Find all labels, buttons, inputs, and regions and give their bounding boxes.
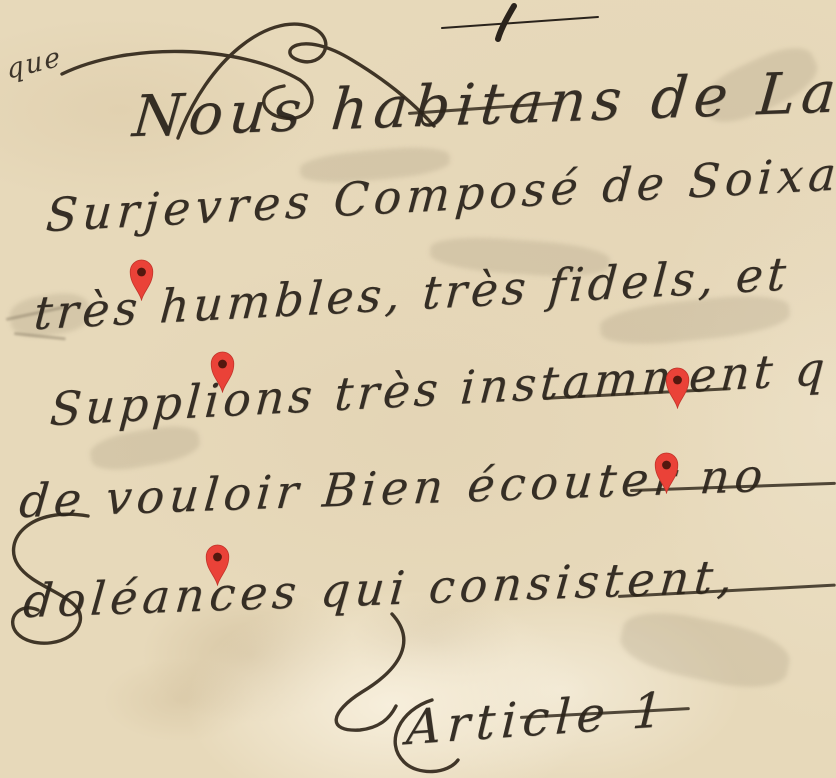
map-pin-1[interactable]: [129, 259, 154, 301]
pin-hole: [673, 376, 682, 385]
line-1: Nous habitans de La p: [130, 57, 836, 150]
margin-note: que: [5, 41, 64, 86]
manuscript-page: que Nous habitans de La pSurjevres Compo…: [0, 0, 836, 778]
map-pin-4[interactable]: [654, 452, 679, 494]
cross-mark: [430, 0, 610, 50]
pin-hole: [218, 360, 227, 369]
pin-hole: [213, 553, 222, 562]
pin-hole: [137, 268, 146, 277]
map-pin-5[interactable]: [205, 544, 230, 586]
descender-loop: [336, 614, 404, 730]
article-heading: Article 1: [405, 682, 670, 757]
pin-hole: [662, 461, 671, 470]
map-pin-3[interactable]: [665, 367, 690, 409]
map-pin-2[interactable]: [210, 351, 235, 393]
